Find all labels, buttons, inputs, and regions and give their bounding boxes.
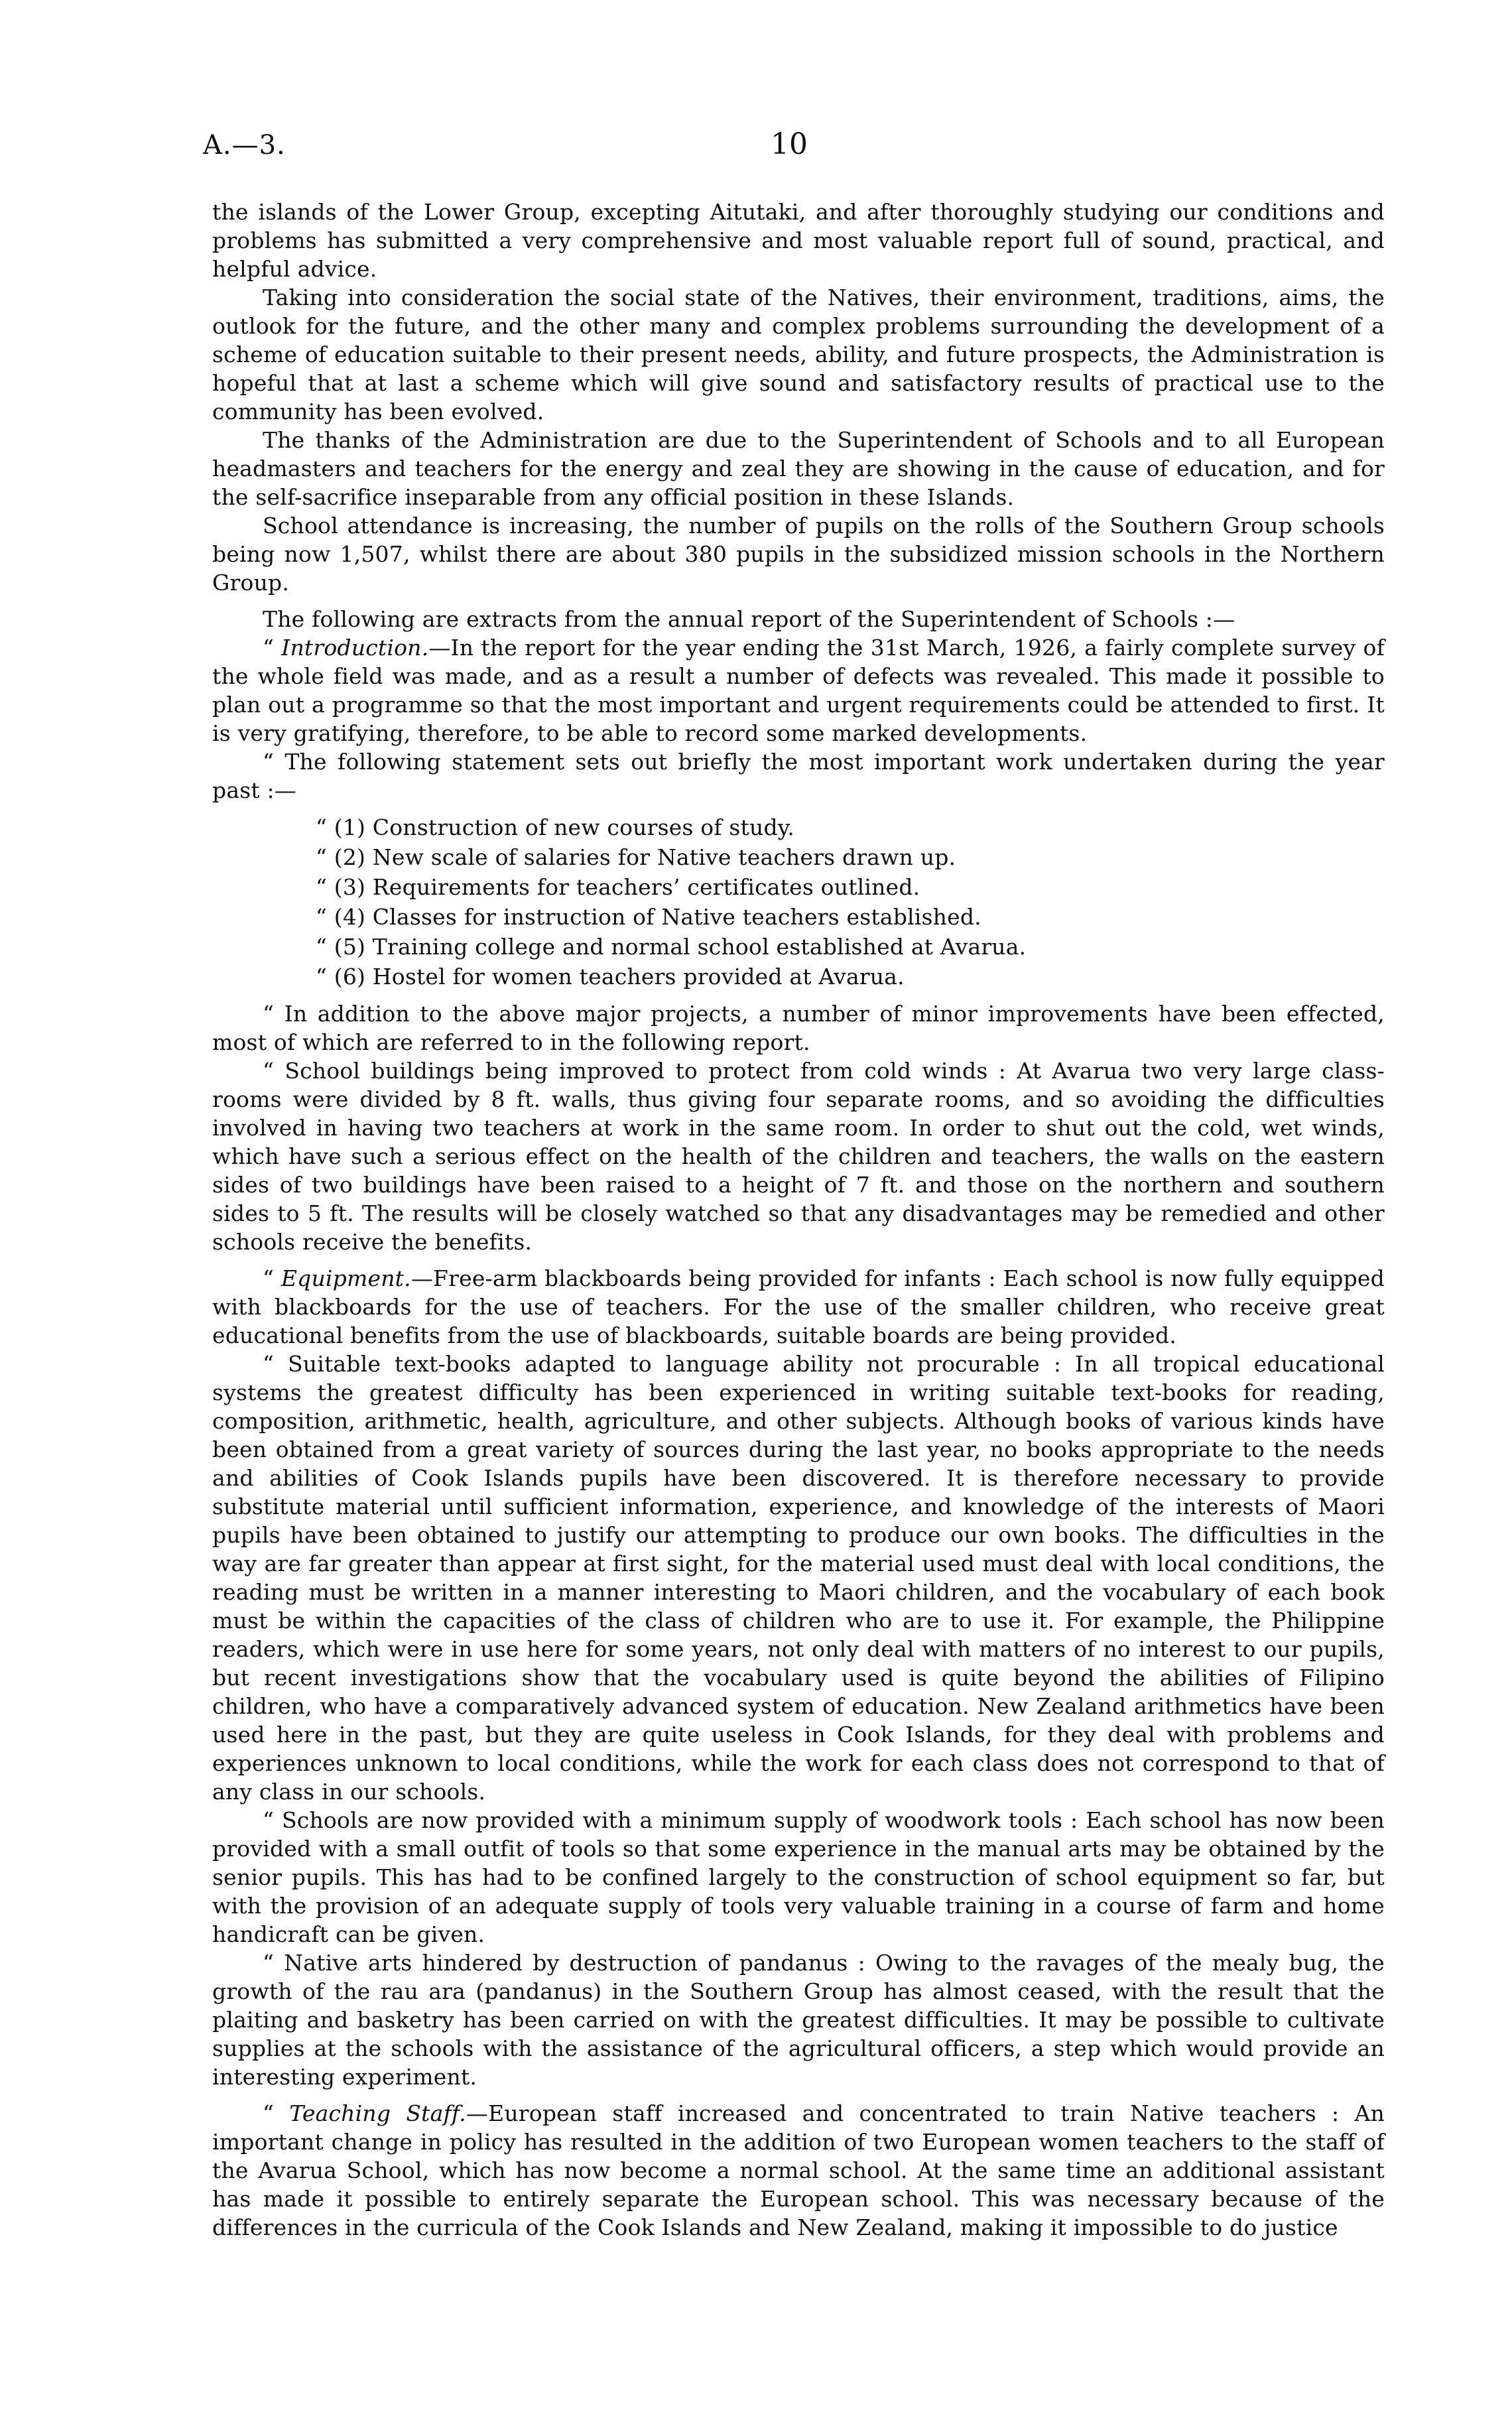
report-series-label: A.—3. (203, 130, 286, 160)
paragraph-text: In addition to the above major projects,… (212, 1001, 1385, 1055)
list-item: “ (5) Training college and normal school… (316, 932, 1385, 962)
italic-lead: Introduction. (281, 635, 428, 661)
paragraph: the islands of the Lower Group, exceptin… (212, 198, 1385, 283)
list-item: “ (1) Construction of new courses of stu… (316, 812, 1385, 842)
document-page: A.—3. 10 the islands of the Lower Group,… (0, 0, 1512, 2428)
paragraph: “ The following statement sets out brief… (212, 747, 1385, 804)
paragraph-text: The following statement sets out briefly… (212, 749, 1385, 803)
paragraph-text: Schools are now provided with a minimum … (212, 1807, 1385, 1947)
list-item: “ (4) Classes for instruction of Native … (316, 902, 1385, 932)
italic-lead: Teaching Staff. (289, 2100, 466, 2126)
list-item: “ (2) New scale of salaries for Native t… (316, 842, 1385, 872)
paragraph: The following are extracts from the annu… (212, 605, 1385, 633)
numbered-list: “ (1) Construction of new courses of stu… (316, 812, 1385, 991)
paragraph: “ Native arts hindered by destruction of… (212, 1949, 1385, 2091)
paragraph-text: School buildings being improved to prote… (212, 1058, 1385, 1255)
list-item: “ (6) Hostel for women teachers provided… (316, 962, 1385, 991)
paragraph-text: School attendance is increasing, the num… (212, 513, 1385, 596)
paragraph-text: Suitable text-books adapted to language … (212, 1351, 1385, 1805)
paragraph: “ School buildings being improved to pro… (212, 1056, 1385, 1256)
paragraph: “ Introduction.—In the report for the ye… (212, 633, 1385, 747)
report-body: the islands of the Lower Group, exceptin… (212, 198, 1385, 2242)
paragraph-text: the islands of the Lower Group, exceptin… (212, 199, 1385, 282)
paragraph-text: The thanks of the Administration are due… (212, 427, 1385, 510)
paragraph: “ In addition to the above major project… (212, 999, 1385, 1056)
paragraph: “ Teaching Staff.—European staff increas… (212, 2099, 1385, 2242)
paragraph: School attendance is increasing, the num… (212, 511, 1385, 597)
paragraph-text: Native arts hindered by destruction of p… (212, 1950, 1385, 2090)
paragraph: The thanks of the Administration are due… (212, 426, 1385, 511)
paragraph-text: Taking into consideration the social sta… (212, 285, 1385, 424)
paragraph: “ Equipment.—Free-arm blackboards being … (212, 1264, 1385, 1350)
paragraph: “ Schools are now provided with a minimu… (212, 1806, 1385, 1949)
paragraph: Taking into consideration the social sta… (212, 283, 1385, 426)
italic-lead: Equipment. (281, 1265, 411, 1291)
page-number: 10 (748, 127, 830, 161)
list-item: “ (3) Requirements for teachers’ certifi… (316, 872, 1385, 902)
paragraph: “ Suitable text-books adapted to languag… (212, 1350, 1385, 1806)
paragraph-text: The following are extracts from the annu… (263, 606, 1235, 632)
